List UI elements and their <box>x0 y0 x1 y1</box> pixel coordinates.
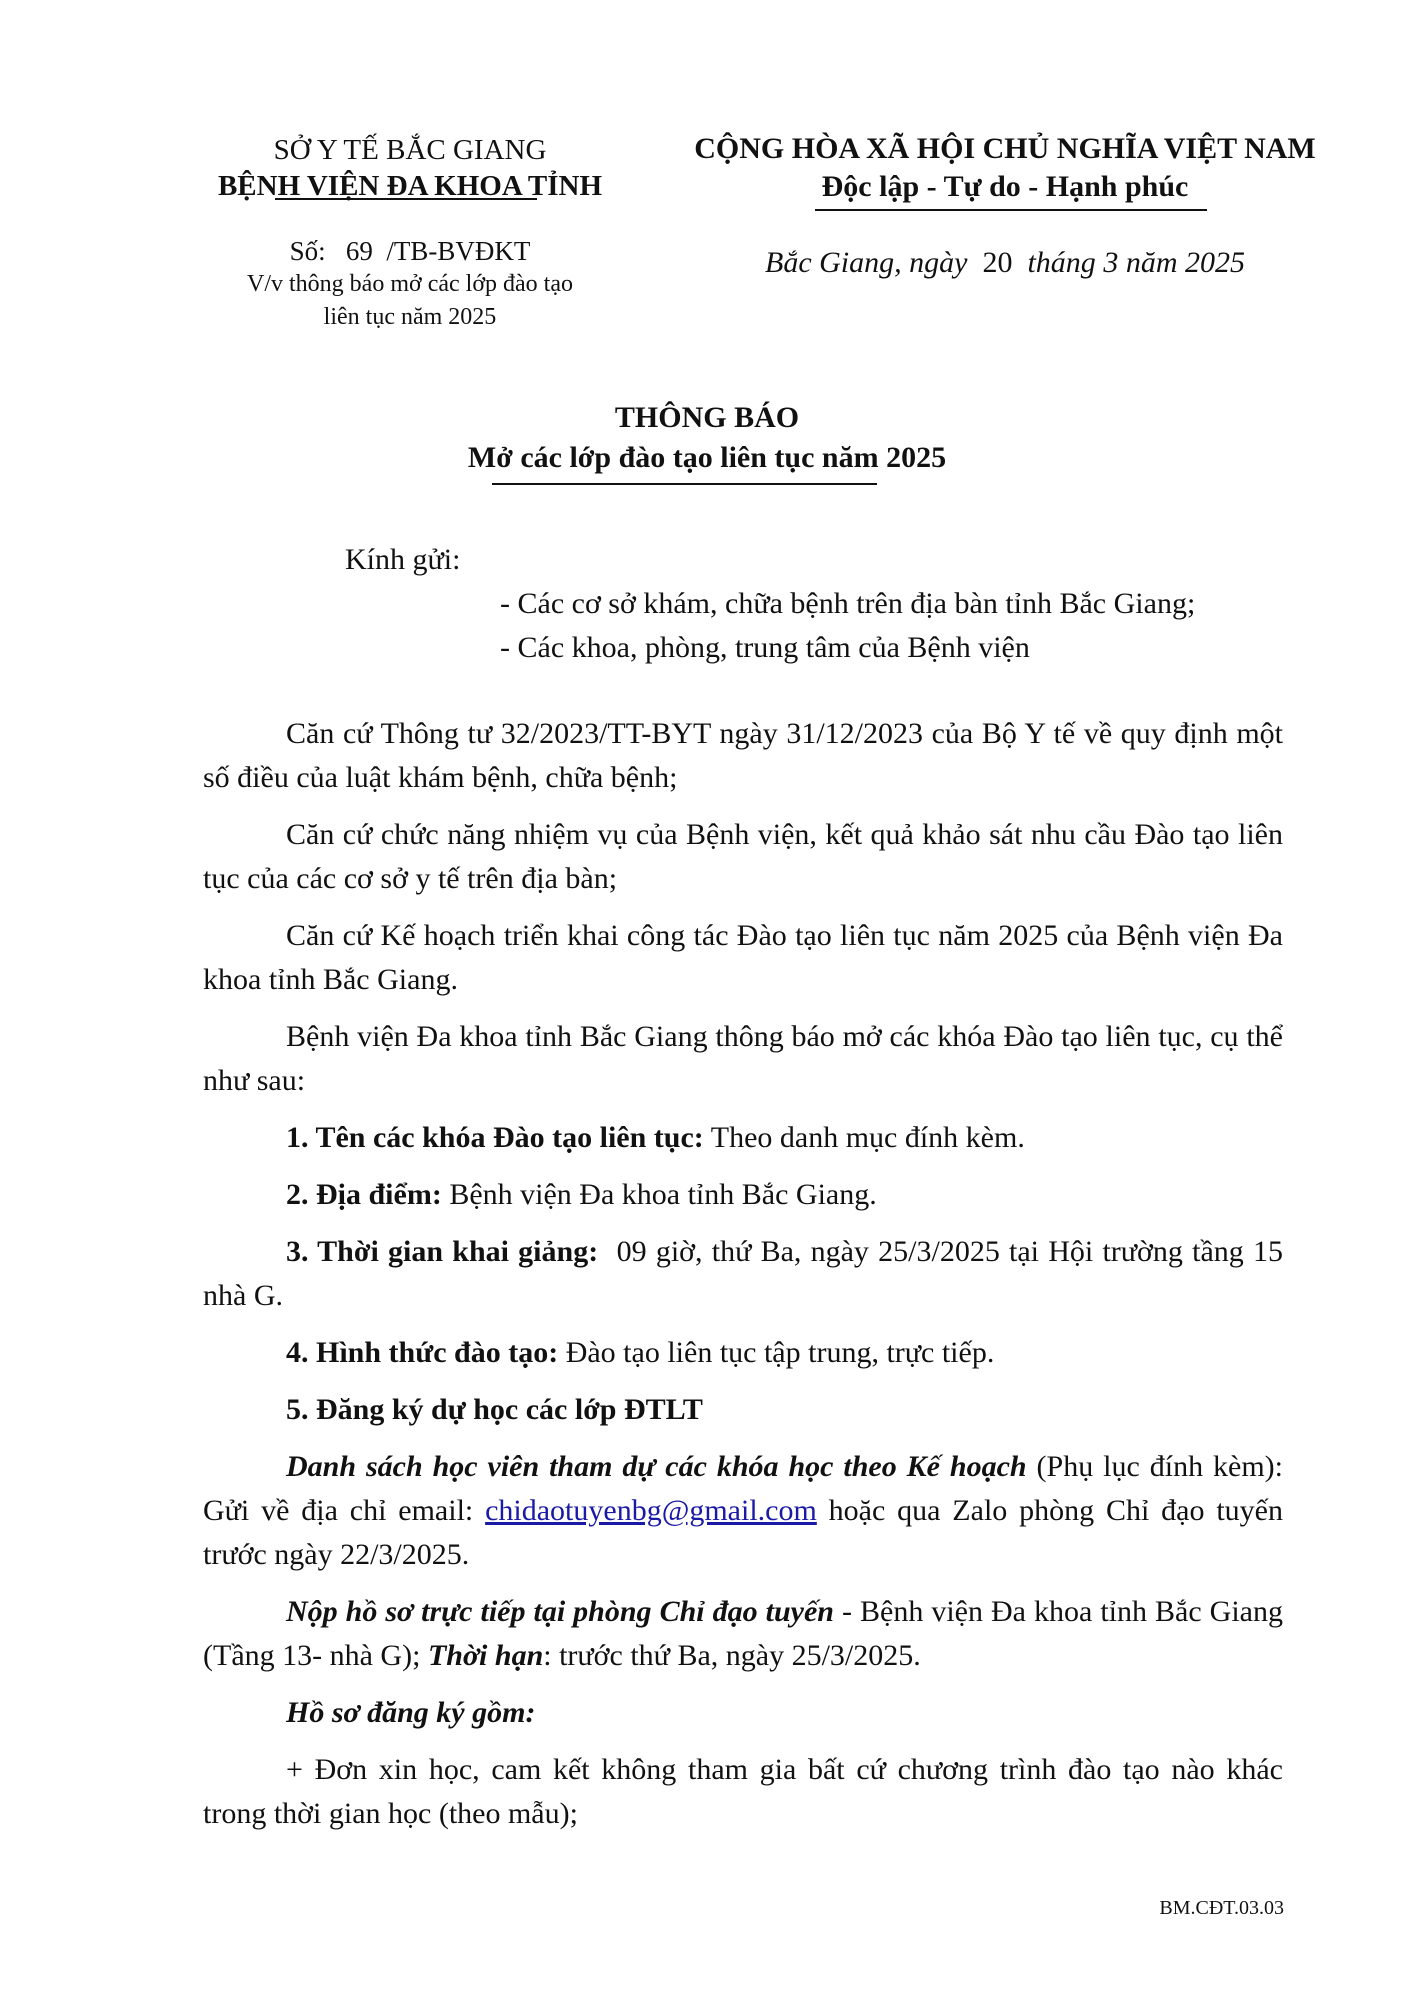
section-location: 2. Địa điểm: Bệnh viện Đa khoa tỉnh Bắc … <box>203 1173 1283 1217</box>
dateline-month: 3 <box>1103 246 1118 279</box>
organization-underline <box>275 198 537 200</box>
dateline-place: Bắc Giang, ngày <box>765 246 967 279</box>
motto-underline <box>815 209 1207 211</box>
national-title: CỘNG HÒA XÃ HỘI CHỦ NGHĨA VIỆT NAM <box>675 130 1335 168</box>
doc-number-suffix: /TB-BVĐKT <box>386 236 530 266</box>
document-subject-line-2: liên tục năm 2025 <box>190 301 630 334</box>
issuing-agency: SỞ Y TẾ BẮC GIANG <box>190 132 630 168</box>
recipient-item: - Các khoa, phòng, trung tâm của Bệnh vi… <box>345 626 1195 670</box>
dateline: Bắc Giang, ngày 20 tháng 3 năm 2025 <box>675 244 1335 282</box>
section-text: Bệnh viện Đa khoa tỉnh Bắc Giang. <box>442 1178 877 1211</box>
document-title-block: THÔNG BÁO Mở các lớp đào tạo liên tục nă… <box>0 398 1414 478</box>
form-code: BM.CĐT.03.03 <box>1159 1897 1284 1920</box>
recipients-block: Kính gửi: - Các cơ sở khám, chữa bệnh tr… <box>345 538 1195 670</box>
email-link[interactable]: chidaotuyenbg@gmail.com <box>485 1494 817 1527</box>
section-label: 4. Hình thức đào tạo: <box>286 1336 558 1369</box>
section-label: 3. Thời gian khai giảng: <box>286 1235 598 1268</box>
section-label: 1. Tên các khóa Đào tạo liên tục: <box>286 1121 704 1154</box>
announcement-intro: Bệnh viện Đa khoa tỉnh Bắc Giang thông b… <box>203 1015 1283 1103</box>
registration-list-label: Danh sách học viên tham dự các khóa học … <box>286 1450 1027 1483</box>
national-header-block: CỘNG HÒA XÃ HỘI CHỦ NGHĨA VIỆT NAM Độc l… <box>675 130 1335 282</box>
section-label: 5. Đăng ký dự học các lớp ĐTLT <box>286 1393 703 1426</box>
document-subject-line-1: V/v thông báo mở các lớp đào tạo <box>190 268 630 301</box>
legal-basis-2: Căn cứ chức năng nhiệm vụ của Bệnh viện,… <box>203 813 1283 901</box>
dateline-month-label: tháng <box>1027 246 1095 279</box>
deadline-text: : trước thứ Ba, ngày 25/3/2025. <box>543 1639 921 1672</box>
section-label: 2. Địa điểm: <box>286 1178 442 1211</box>
submit-label: Nộp hồ sơ trực tiếp tại phòng Chỉ đạo tu… <box>286 1595 834 1628</box>
section-training-format: 4. Hình thức đào tạo: Đào tạo liên tục t… <box>203 1331 1283 1375</box>
section-registration: 5. Đăng ký dự học các lớp ĐTLT <box>203 1388 1283 1432</box>
dossier-item: + Đơn xin học, cam kết không tham gia bấ… <box>203 1748 1283 1836</box>
recipients-label: Kính gửi: <box>345 538 1195 582</box>
national-motto: Độc lập - Tự do - Hạnh phúc <box>675 168 1335 206</box>
legal-basis-3: Căn cứ Kế hoạch triển khai công tác Đào … <box>203 914 1283 1002</box>
dossier-heading-text: Hồ sơ đăng ký gồm: <box>286 1696 535 1729</box>
doc-number-value: 69 <box>346 236 373 266</box>
document-number: Số: 69 /TB-BVĐKT <box>190 234 630 268</box>
document-type-heading: THÔNG BÁO <box>0 398 1414 438</box>
legal-basis-1: Căn cứ Thông tư 32/2023/TT-BYT ngày 31/1… <box>203 712 1283 800</box>
section-text: Theo danh mục đính kèm. <box>704 1121 1025 1154</box>
section-text: Đào tạo liên tục tập trung, trực tiếp. <box>558 1336 994 1369</box>
deadline-label: Thời hạn <box>428 1639 543 1672</box>
section-course-names: 1. Tên các khóa Đào tạo liên tục: Theo d… <box>203 1116 1283 1160</box>
dateline-year-label: năm <box>1126 246 1178 279</box>
registration-list-instruction: Danh sách học viên tham dự các khóa học … <box>203 1445 1283 1577</box>
dateline-day: 20 <box>982 246 1012 279</box>
title-underline <box>492 483 877 485</box>
dossier-heading: Hồ sơ đăng ký gồm: <box>203 1691 1283 1735</box>
document-body: Căn cứ Thông tư 32/2023/TT-BYT ngày 31/1… <box>203 712 1283 1849</box>
dateline-year: 2025 <box>1185 246 1245 279</box>
registration-submit-instruction: Nộp hồ sơ trực tiếp tại phòng Chỉ đạo tu… <box>203 1590 1283 1678</box>
document-title: Mở các lớp đào tạo liên tục năm 2025 <box>0 438 1414 478</box>
doc-number-prefix: Số: <box>290 236 326 266</box>
section-opening-time: 3. Thời gian khai giảng: 09 giờ, thứ Ba,… <box>203 1230 1283 1318</box>
recipient-item: - Các cơ sở khám, chữa bệnh trên địa bàn… <box>345 582 1195 626</box>
issuer-block: SỞ Y TẾ BẮC GIANG BỆNH VIỆN ĐA KHOA TỈNH… <box>190 132 630 334</box>
